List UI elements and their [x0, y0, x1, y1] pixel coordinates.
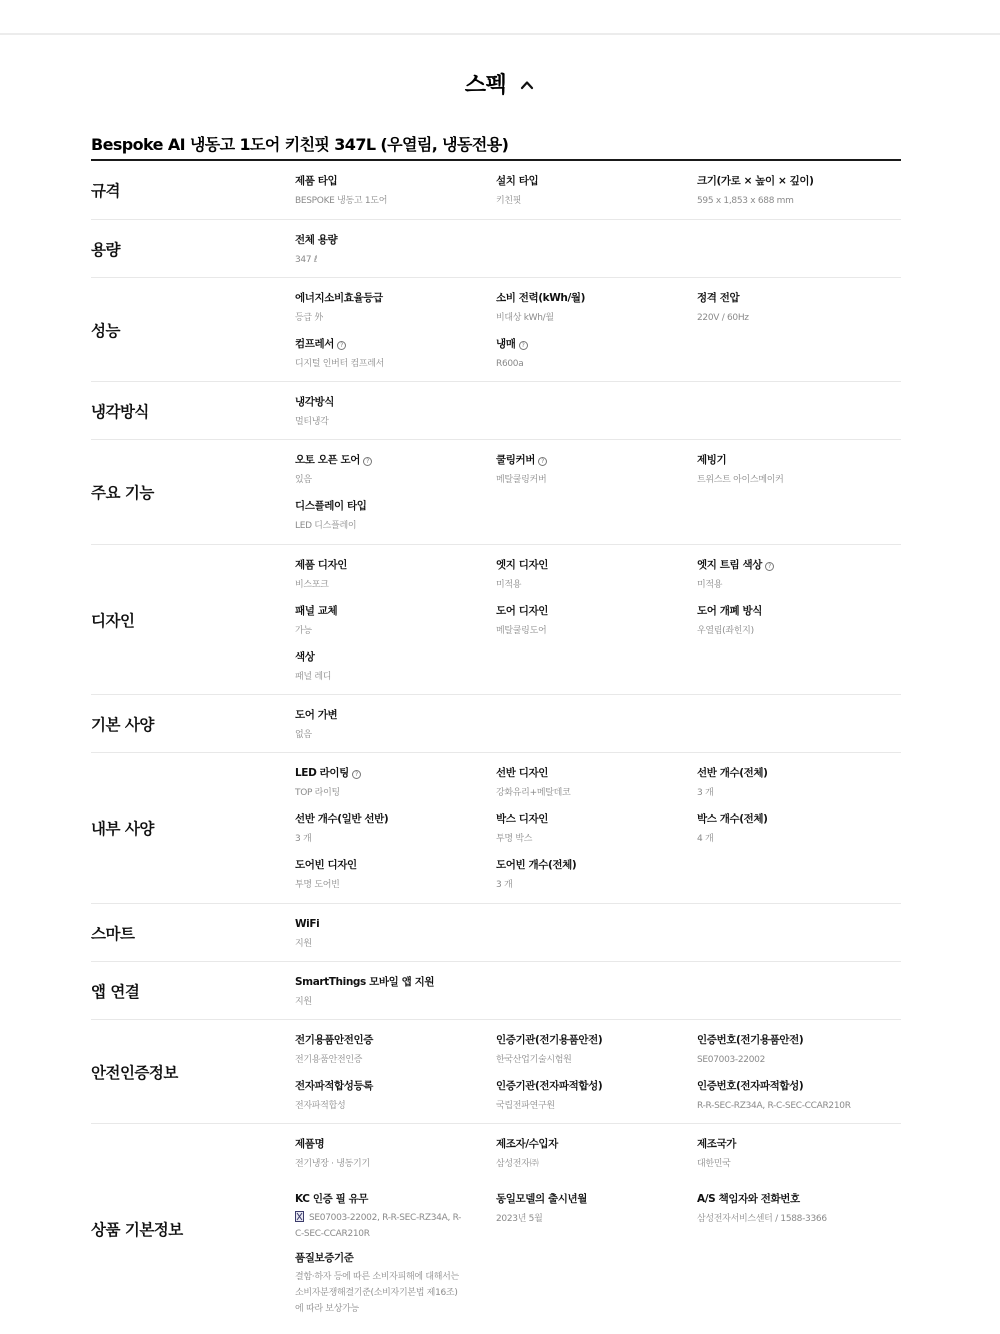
spec-items-grid: SmartThings 모바일 앱 지원지원 [295, 962, 901, 1019]
spec-item-key: KC 인증 필 유무 [295, 1193, 368, 1205]
spec-item-key: SmartThings 모바일 앱 지원 [295, 976, 434, 988]
spec-item: 패널 교체가능 [295, 604, 496, 650]
spec-items-grid: 전체 용량347 ℓ [295, 220, 901, 277]
spec-item: A/S 책임자와 전화번호삼성전자서비스센터 / 1588-3366 [697, 1192, 901, 1251]
spec-item: 소비 전력(kWh/월)비대상 kWh/월 [496, 291, 697, 337]
spec-item-value: 투명 도어빈 [295, 880, 340, 890]
spec-item-key: 도어빈 디자인 [295, 859, 357, 871]
spec-row: 디자인제품 디자인비스포크엣지 디자인미적용엣지 트림 색상?미적용패널 교체가… [91, 545, 901, 695]
spec-item-value: 2023년 5월 [496, 1214, 542, 1224]
spec-item: 박스 개수(전체)4 개 [697, 812, 901, 858]
spec-item-key: 전기용품안전인증 [295, 1034, 373, 1046]
spec-item: 제품명전기냉장 · 냉동기기 [295, 1137, 496, 1192]
spec-item: 제조국가대한민국 [697, 1137, 901, 1192]
spec-item: 에너지소비효율등급등급 外 [295, 291, 496, 337]
spec-row-label: 앱 연결 [91, 962, 295, 1019]
spec-item-key: 박스 디자인 [496, 813, 548, 825]
spec-row-label: 스마트 [91, 904, 295, 961]
spec-item-key: 패널 교체 [295, 605, 337, 617]
spec-item: 선반 개수(전체)3 개 [697, 766, 901, 812]
spec-title: 스펙 [465, 68, 507, 99]
spec-items-grid: 오토 오픈 도어?있음쿨링커버?메탈쿨링커버제빙기트위스트 아이스메이커디스플레… [295, 440, 901, 544]
spec-item: 제품 디자인비스포크 [295, 558, 496, 604]
spec-item-key: 품질보증기준 [295, 1252, 353, 1264]
spec-item-key: 인증번호(전자파적합성) [697, 1080, 803, 1092]
spec-item-key: 엣지 트림 색상 [697, 559, 762, 571]
spec-item-value: R600a [496, 359, 523, 369]
spec-item-value: 메탈쿨링도어 [496, 626, 546, 636]
spec-item-value: 전자파적합성 [295, 1101, 345, 1111]
spec-item: 선반 디자인강화유리+메탈데코 [496, 766, 697, 812]
spec-item-value: 한국산업기술시험원 [496, 1055, 572, 1065]
spec-item-value: 우열림(좌힌지) [697, 626, 754, 636]
spec-item-value: 비대상 kWh/월 [496, 313, 554, 323]
spec-row-label: 상품 기본정보 [91, 1124, 295, 1334]
spec-item-key: 제빙기 [697, 454, 726, 466]
spec-row-label: 기본 사양 [91, 695, 295, 752]
spec-item-value: 4 개 [697, 834, 713, 844]
spec-item-value: 220V / 60Hz [697, 313, 749, 323]
spec-item-key: 전체 용량 [295, 234, 337, 246]
spec-item-value: LED 디스플레이 [295, 521, 356, 531]
spec-item-value: 3 개 [697, 788, 713, 798]
spec-item-value: 가능 [295, 626, 312, 636]
spec-item: KC 인증 필 유무SE07003-22002, R-R-SEC-RZ34A, … [295, 1192, 496, 1251]
spec-item-value: 지원 [295, 939, 312, 949]
spec-item-value: 결함·하자 등에 따른 소비자피해에 대해서는 소비자분쟁해결기준(소비자기본법… [295, 1272, 459, 1314]
spec-item-value: 메탈쿨링커버 [496, 475, 546, 485]
spec-item: 도어 가변없음 [295, 708, 496, 754]
spec-item-value: 대한민국 [697, 1159, 731, 1169]
spec-items-grid: 도어 가변없음 [295, 695, 901, 752]
spec-item-value: 595 x 1,853 x 688 mm [697, 196, 794, 206]
help-tooltip-icon[interactable]: ? [352, 770, 361, 779]
spec-item-key: 제품 디자인 [295, 559, 347, 571]
spec-item: 도어빈 디자인투명 도어빈 [295, 858, 496, 904]
spec-item: 전체 용량347 ℓ [295, 233, 496, 279]
help-tooltip-icon[interactable]: ? [363, 457, 372, 466]
spec-item-value: 3 개 [496, 880, 512, 890]
spec-row-label: 디자인 [91, 545, 295, 694]
spec-item-value: 국립전파연구원 [496, 1101, 555, 1111]
spec-row-label: 규격 [91, 161, 295, 219]
chevron-up-icon[interactable] [519, 77, 535, 93]
spec-item-value: 패널 레디 [295, 672, 331, 682]
spec-row: 용량전체 용량347 ℓ [91, 220, 901, 278]
spec-item: 디스플레이 타입LED 디스플레이 [295, 499, 496, 545]
spec-item: 제품 타입BESPOKE 냉동고 1도어 [295, 174, 496, 220]
spec-row: 내부 사양LED 라이팅?TOP 라이팅선반 디자인강화유리+메탈데코선반 개수… [91, 753, 901, 904]
spec-item-key: 인증기관(전자파적합성) [496, 1080, 602, 1092]
spec-item: 색상패널 레디 [295, 650, 496, 696]
spec-item-value: 투명 박스 [496, 834, 532, 844]
spec-row: 기본 사양도어 가변없음 [91, 695, 901, 753]
spec-item-value: 없음 [295, 730, 312, 740]
spec-item-value: 삼성전자서비스센터 / 1588-3366 [697, 1214, 827, 1224]
spec-row-label: 주요 기능 [91, 440, 295, 544]
spec-item-value: 미적용 [496, 580, 521, 590]
spec-items-grid: 냉각방식멀티냉각 [295, 382, 901, 439]
spec-row: 냉각방식냉각방식멀티냉각 [91, 382, 901, 440]
spec-item: 품질보증기준결함·하자 등에 따른 소비자피해에 대해서는 소비자분쟁해결기준(… [295, 1251, 496, 1326]
spec-item-key: 도어 가변 [295, 709, 337, 721]
spec-item-key: LED 라이팅 [295, 767, 349, 779]
spec-item: SmartThings 모바일 앱 지원지원 [295, 975, 496, 1021]
spec-item-key: 크기(가로 × 높이 × 깊이) [697, 175, 814, 187]
spec-item: 도어 개폐 방식우열림(좌힌지) [697, 604, 901, 650]
spec-item: 제빙기트위스트 아이스메이커 [697, 453, 901, 499]
spec-item: 컴프레서?디지털 인버터 컴프레서 [295, 337, 496, 383]
spec-item-key: 선반 개수(전체) [697, 767, 768, 779]
spec-item: 도어빈 개수(전체)3 개 [496, 858, 697, 904]
spec-item-value: SE07003-22002, R-R-SEC-RZ34A, R-C-SEC-CC… [295, 1213, 461, 1239]
spec-item-key: 전자파적합성등록 [295, 1080, 373, 1092]
spec-item-key: 냉각방식 [295, 396, 334, 408]
spec-row: 성능에너지소비효율등급등급 外소비 전력(kWh/월)비대상 kWh/월정격 전… [91, 278, 901, 382]
help-tooltip-icon[interactable]: ? [519, 341, 528, 350]
spec-item-value: 347 ℓ [295, 255, 317, 265]
spec-section-header[interactable]: 스펙 [0, 68, 1000, 99]
top-divider [0, 33, 1000, 35]
spec-row-label: 안전인증정보 [91, 1020, 295, 1123]
spec-item-key: 색상 [295, 651, 315, 663]
spec-item: 인증기관(전자파적합성)국립전파연구원 [496, 1079, 697, 1125]
spec-item: WiFi지원 [295, 917, 496, 963]
help-tooltip-icon[interactable]: ? [765, 562, 774, 571]
spec-item: 인증번호(전기용품안전)SE07003-22002 [697, 1033, 901, 1079]
spec-item-value: 3 개 [295, 834, 311, 844]
spec-item: 크기(가로 × 높이 × 깊이)595 x 1,853 x 688 mm [697, 174, 901, 220]
spec-item-key: 소비 전력(kWh/월) [496, 292, 585, 304]
help-tooltip-icon[interactable]: ? [538, 457, 547, 466]
spec-item: 인증번호(전자파적합성)R-R-SEC-RZ34A, R-C-SEC-CCAR2… [697, 1079, 901, 1125]
spec-item-key: 컴프레서 [295, 338, 334, 350]
spec-item: 설치 타입키친핏 [496, 174, 697, 220]
spec-item-value: 미적용 [697, 580, 722, 590]
spec-item-key: 디스플레이 타입 [295, 500, 366, 512]
spec-item: 엣지 트림 색상?미적용 [697, 558, 901, 604]
spec-item-key: 제품 타입 [295, 175, 337, 187]
spec-item: 냉각방식멀티냉각 [295, 395, 496, 441]
spec-item-value: R-R-SEC-RZ34A, R-C-SEC-CCAR210R [697, 1101, 851, 1111]
spec-items-grid: 에너지소비효율등급등급 外소비 전력(kWh/월)비대상 kWh/월정격 전압2… [295, 278, 901, 381]
spec-item-key: 냉매 [496, 338, 516, 350]
spec-item-key: A/S 책임자와 전화번호 [697, 1193, 800, 1205]
spec-item-key: 에너지소비효율등급 [295, 292, 383, 304]
spec-item: 쿨링커버?메탈쿨링커버 [496, 453, 697, 499]
spec-item-key: 제조자/수입자 [496, 1138, 558, 1150]
spec-item-value: 전기용품안전인증 [295, 1055, 362, 1065]
spec-item: 엣지 디자인미적용 [496, 558, 697, 604]
spec-item: 제조자/수입자삼성전자㈜ [496, 1137, 697, 1192]
product-title: Bespoke AI 냉동고 1도어 키친핏 347L (우열림, 냉동전용) [91, 132, 508, 155]
spec-item-value: SE07003-22002 [697, 1055, 765, 1065]
spec-row-label: 내부 사양 [91, 753, 295, 903]
spec-row: 주요 기능오토 오픈 도어?있음쿨링커버?메탈쿨링커버제빙기트위스트 아이스메이… [91, 440, 901, 545]
spec-item-value: BESPOKE 냉동고 1도어 [295, 196, 387, 206]
spec-item: 선반 개수(일반 선반)3 개 [295, 812, 496, 858]
spec-row-label: 냉각방식 [91, 382, 295, 439]
spec-item: 동일모델의 출시년월2023년 5월 [496, 1192, 697, 1251]
spec-item-value: 비스포크 [295, 580, 329, 590]
spec-item-key: 제조국가 [697, 1138, 736, 1150]
spec-item-key: 엣지 디자인 [496, 559, 548, 571]
spec-items-grid: 전기용품안전인증전기용품안전인증인증기관(전기용품안전)한국산업기술시험원인증번… [295, 1020, 901, 1123]
spec-items-grid: WiFi지원 [295, 904, 901, 961]
spec-item-key: 도어 개폐 방식 [697, 605, 762, 617]
spec-item-key: 선반 개수(일반 선반) [295, 813, 388, 825]
spec-item-key: 제품명 [295, 1138, 324, 1150]
spec-item: 정격 전압220V / 60Hz [697, 291, 901, 337]
spec-items-grid: 제품 디자인비스포크엣지 디자인미적용엣지 트림 색상?미적용패널 교체가능도어… [295, 545, 901, 694]
spec-item-key: 도어 디자인 [496, 605, 548, 617]
spec-item-value: 키친핏 [496, 196, 521, 206]
spec-row: 스마트WiFi지원 [91, 904, 901, 962]
spec-items-grid: 제품명전기냉장 · 냉동기기제조자/수입자삼성전자㈜제조국가대한민국KC 인증 … [295, 1124, 901, 1334]
spec-items-grid: 제품 타입BESPOKE 냉동고 1도어설치 타입키친핏크기(가로 × 높이 ×… [295, 161, 901, 219]
spec-item-key: 오토 오픈 도어 [295, 454, 360, 466]
kc-certification-icon [295, 1211, 304, 1222]
spec-row-label: 용량 [91, 220, 295, 277]
spec-item: 오토 오픈 도어?있음 [295, 453, 496, 499]
spec-item: LED 라이팅?TOP 라이팅 [295, 766, 496, 812]
help-tooltip-icon[interactable]: ? [337, 341, 346, 350]
spec-item-value: TOP 라이팅 [295, 788, 340, 798]
spec-row: 안전인증정보전기용품안전인증전기용품안전인증인증기관(전기용품안전)한국산업기술… [91, 1020, 901, 1124]
spec-item-value: 트위스트 아이스메이커 [697, 475, 784, 485]
spec-item-value: 강화유리+메탈데코 [496, 788, 570, 798]
spec-item: 박스 디자인투명 박스 [496, 812, 697, 858]
spec-table: 규격제품 타입BESPOKE 냉동고 1도어설치 타입키친핏크기(가로 × 높이… [91, 161, 901, 1334]
spec-item-key: 인증기관(전기용품안전) [496, 1034, 602, 1046]
spec-item-value: 등급 外 [295, 313, 323, 323]
spec-item-key: 동일모델의 출시년월 [496, 1193, 587, 1205]
spec-row-label: 성능 [91, 278, 295, 381]
spec-item-value: 멀티냉각 [295, 417, 329, 427]
spec-item: 전자파적합성등록전자파적합성 [295, 1079, 496, 1125]
spec-item-key: 박스 개수(전체) [697, 813, 768, 825]
spec-item-key: 선반 디자인 [496, 767, 548, 779]
spec-item: 도어 디자인메탈쿨링도어 [496, 604, 697, 650]
spec-item-value: 지원 [295, 997, 312, 1007]
spec-item-key: 정격 전압 [697, 292, 739, 304]
spec-row: 규격제품 타입BESPOKE 냉동고 1도어설치 타입키친핏크기(가로 × 높이… [91, 161, 901, 220]
spec-items-grid: LED 라이팅?TOP 라이팅선반 디자인강화유리+메탈데코선반 개수(전체)3… [295, 753, 901, 903]
spec-item-value: 디지털 인버터 컴프레서 [295, 359, 384, 369]
spec-item-key: 인증번호(전기용품안전) [697, 1034, 803, 1046]
spec-item-key: 도어빈 개수(전체) [496, 859, 576, 871]
spec-item-key: WiFi [295, 918, 319, 930]
spec-row: 상품 기본정보제품명전기냉장 · 냉동기기제조자/수입자삼성전자㈜제조국가대한민… [91, 1124, 901, 1334]
spec-item-key: 설치 타입 [496, 175, 538, 187]
spec-item-value: 있음 [295, 475, 312, 485]
spec-item: 냉매?R600a [496, 337, 697, 383]
spec-item: 전기용품안전인증전기용품안전인증 [295, 1033, 496, 1079]
spec-item-value: 전기냉장 · 냉동기기 [295, 1159, 370, 1169]
spec-row: 앱 연결SmartThings 모바일 앱 지원지원 [91, 962, 901, 1020]
spec-item-value: 삼성전자㈜ [496, 1159, 538, 1169]
spec-item: 인증기관(전기용품안전)한국산업기술시험원 [496, 1033, 697, 1079]
spec-item-key: 쿨링커버 [496, 454, 535, 466]
